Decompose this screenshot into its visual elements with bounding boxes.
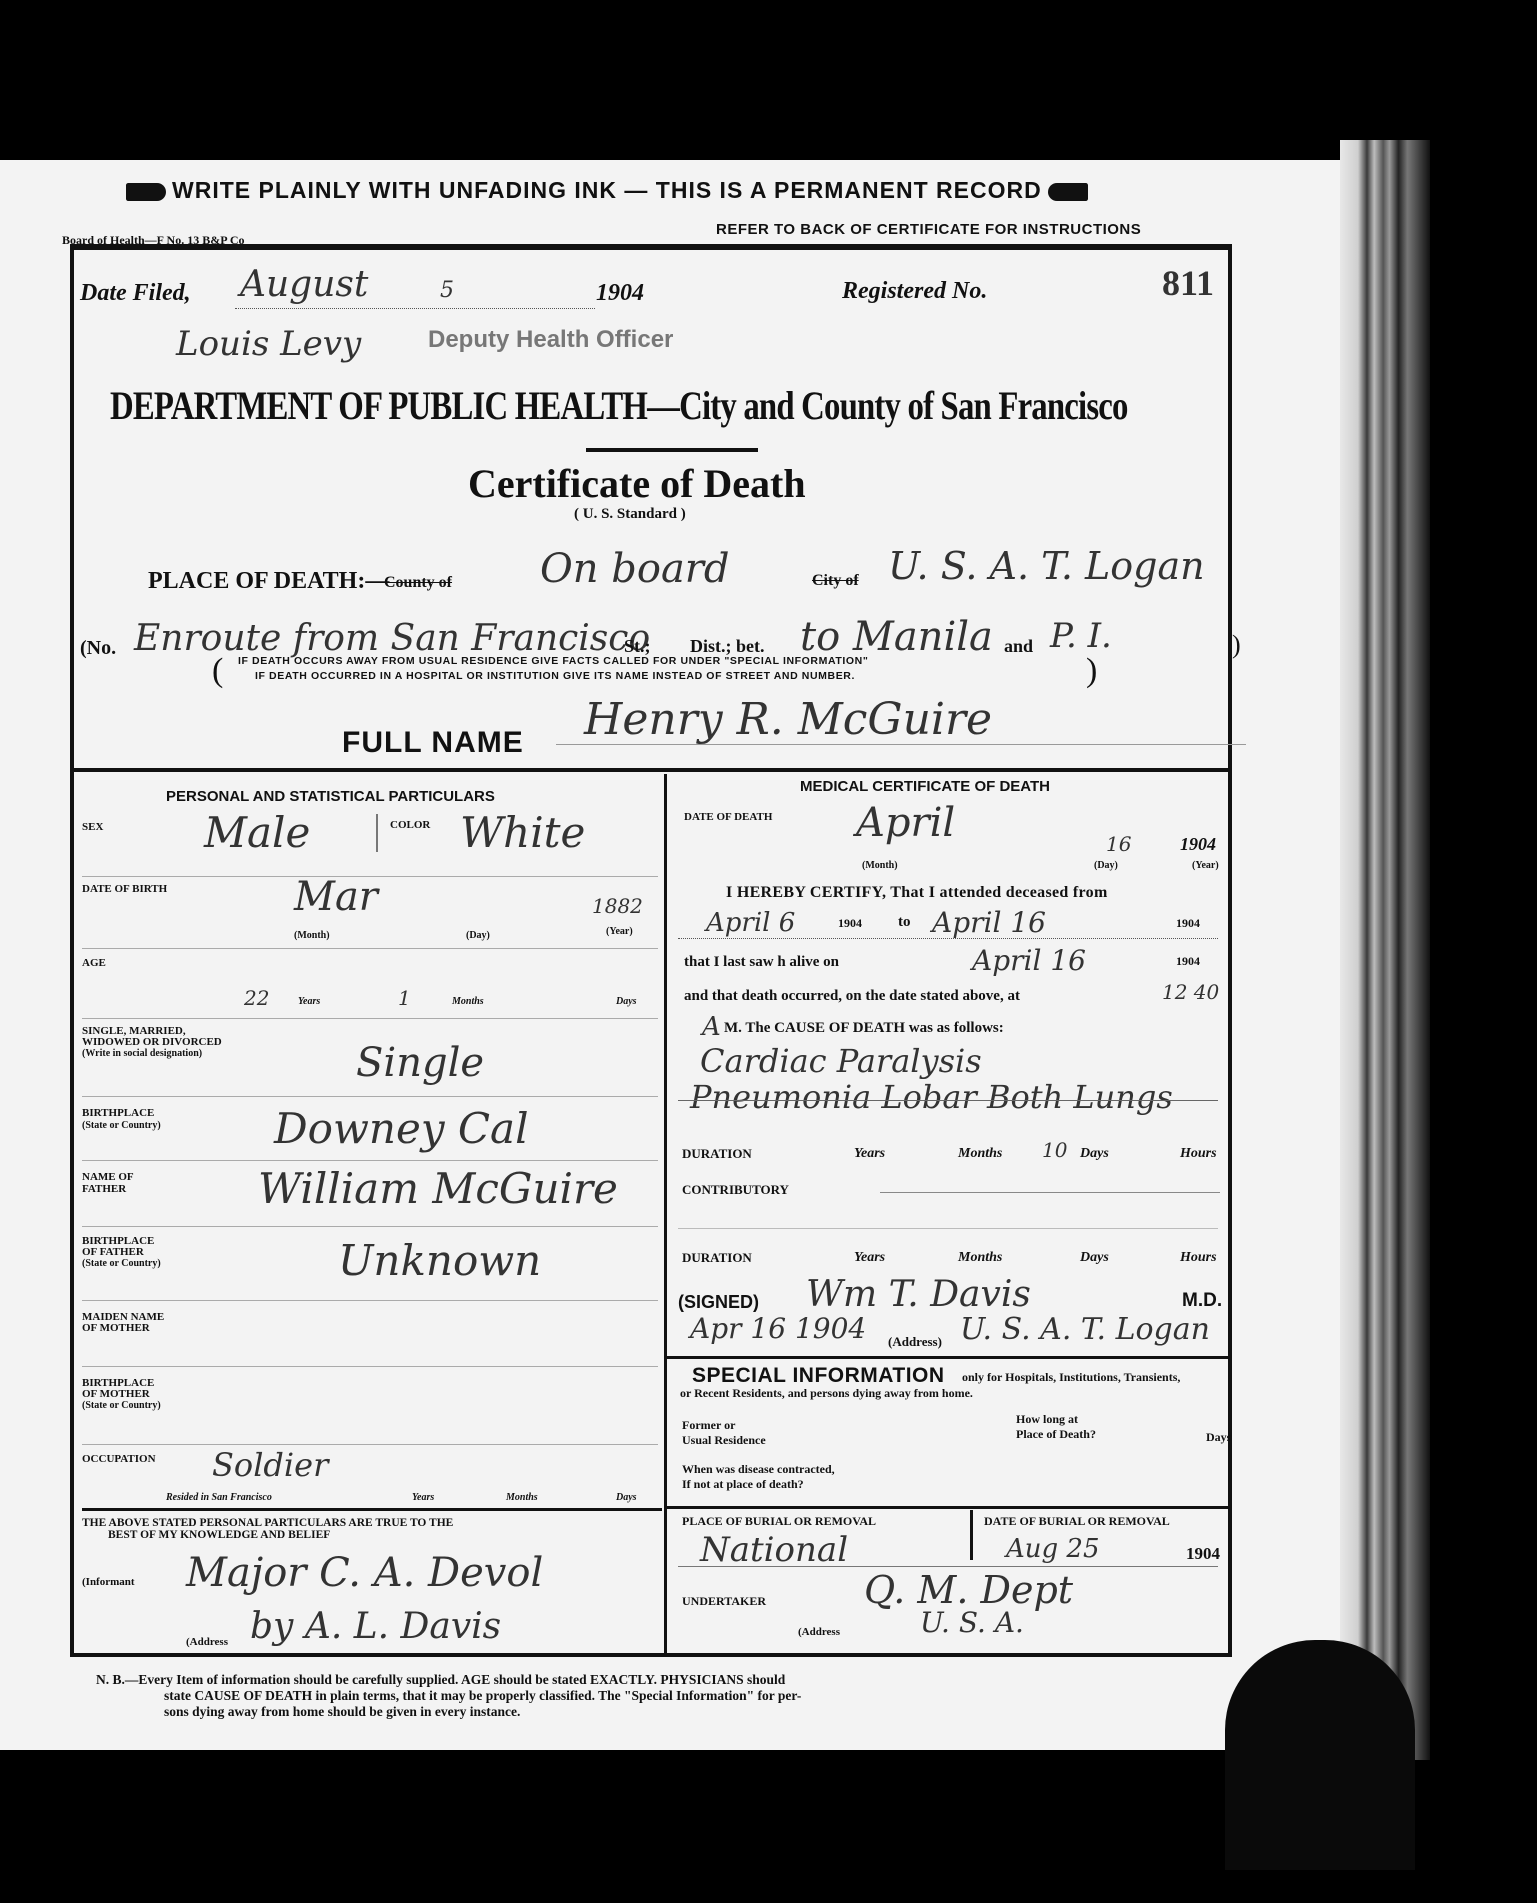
pointing-hand-icon	[1048, 183, 1088, 201]
dob-year-caption: (Year)	[606, 926, 633, 937]
md-label: M.D.	[1182, 1290, 1222, 1312]
special-note-1: only for Hospitals, Institutions, Transi…	[962, 1370, 1180, 1385]
certificate-title: Certificate of Death	[468, 460, 806, 507]
physician-address-value: U. S. A. T. Logan	[960, 1312, 1210, 1347]
burial-divider	[666, 1506, 1228, 1509]
row-line	[82, 1226, 658, 1227]
dod-day-caption: (Day)	[1094, 860, 1118, 871]
sex-value: Male	[204, 808, 310, 857]
to-label: to	[898, 914, 911, 931]
father-bp-value: Unknown	[338, 1236, 541, 1285]
am-value: A	[702, 1012, 721, 1042]
mother-label-2: OF MOTHER	[82, 1323, 150, 1334]
place-note-line-1: IF DEATH OCCURS AWAY FROM USUAL RESIDENC…	[238, 655, 868, 667]
book-binding	[1340, 140, 1430, 1760]
district-label: Dist.; bet.	[690, 636, 765, 657]
attest-line-1: THE ABOVE STATED PERSONAL PARTICULARS AR…	[82, 1518, 453, 1529]
pointing-hand-icon	[126, 183, 166, 201]
burial-date-label: DATE of BURIAL or REMOVAL	[984, 1516, 1170, 1527]
age-years: 22	[244, 986, 269, 1010]
banner-text: WRITE PLAINLY WITH UNFADING INK — THIS I…	[172, 177, 1042, 203]
dob-year: 1882	[592, 894, 643, 918]
duration-2-months-label: Months	[958, 1250, 1002, 1266]
county-label: County of	[384, 574, 452, 592]
attended-from: April 6	[706, 908, 795, 938]
attest-divider	[82, 1508, 662, 1511]
marital-label-2: WIDOWED OR DIVORCED	[82, 1037, 222, 1048]
dob-label: DATE OF BIRTH	[82, 884, 167, 895]
father-bp-label-2: OF FATHER	[82, 1247, 144, 1258]
title-rule	[586, 448, 758, 452]
how-long-label-2: Place of Death?	[1016, 1427, 1096, 1442]
full-name-label: FULL NAME	[342, 726, 524, 760]
undertaker-address-label: (Address	[798, 1626, 840, 1638]
contributory-line-2	[678, 1228, 1218, 1229]
county-value: On board	[540, 546, 730, 592]
officer-signature: Louis Levy	[176, 324, 361, 364]
certify-text: I HEREBY CERTIFY, That I attended deceas…	[726, 884, 1108, 902]
duration-2-years-label: Years	[854, 1250, 885, 1266]
signed-label: (SIGNED)	[678, 1292, 759, 1313]
birthplace-value: Downey Cal	[274, 1104, 529, 1153]
row-line	[82, 1096, 658, 1097]
mother-bp-label-3: (State or Country)	[82, 1400, 161, 1411]
date-filed-day: 5	[440, 278, 454, 303]
resided-months-caption: Months	[506, 1492, 538, 1503]
cause-secondary: Pneumonia Lobar Both Lungs	[690, 1078, 1173, 1116]
footer-note-1: N. B.—Every Item of information should b…	[96, 1672, 785, 1688]
age-label: AGE	[82, 958, 106, 969]
occupation-label: OCCUPATION	[82, 1454, 156, 1465]
duration-2-hours-label: Hours	[1180, 1250, 1217, 1266]
duration-label: DURATION	[682, 1148, 752, 1159]
burial-place-value: National	[700, 1530, 848, 1570]
date-filed-line	[235, 308, 595, 309]
duration-days-label: Days	[1080, 1146, 1109, 1162]
sex-label: SEX	[82, 822, 103, 833]
dod-year: 1904	[1180, 834, 1216, 855]
department-title: DEPARTMENT OF PUBLIC HEALTH—City and Cou…	[110, 382, 1128, 429]
duration-2-days-label: Days	[1080, 1250, 1109, 1266]
how-long-days-label: Days	[1206, 1430, 1231, 1445]
special-note-2: or Recent Residents, and persons dying a…	[680, 1386, 973, 1401]
birthplace-label-2: (State or Country)	[82, 1120, 161, 1131]
note-close-paren: )	[1086, 652, 1097, 690]
color-value: White	[460, 808, 585, 857]
duration-years-label: Years	[854, 1146, 885, 1162]
date-filed-month: August	[240, 264, 368, 305]
birthplace-label-1: BIRTHPLACE	[82, 1108, 154, 1119]
row-line	[82, 1160, 658, 1161]
how-long-label-1: How long at	[1016, 1412, 1078, 1427]
district-value: to Manila	[800, 614, 993, 660]
dob-month-caption: (Month)	[294, 930, 330, 941]
dob-day-caption: (Day)	[466, 930, 490, 941]
row-line	[82, 1018, 658, 1019]
last-saw-text: that I last saw h alive on	[684, 954, 839, 971]
officer-title: Deputy Health Officer	[428, 326, 673, 354]
column-divider	[664, 774, 667, 1654]
dod-day: 16	[1106, 832, 1131, 856]
informant-address-label: (Address	[186, 1636, 228, 1648]
burial-column-divider	[970, 1510, 973, 1560]
marital-value: Single	[356, 1040, 484, 1086]
contracted-label-1: When was disease contracted,	[682, 1462, 835, 1477]
place-note-line-2: IF DEATH OCCURRED IN A HOSPITAL OR INSTI…	[255, 670, 855, 682]
sex-color-divider	[376, 814, 378, 852]
mother-bp-label-2: OF MOTHER	[82, 1389, 150, 1400]
last-saw-value: April 16	[972, 944, 1086, 977]
burial-line	[678, 1566, 1218, 1567]
occurred-text: and that death occurred, on the date sta…	[684, 988, 1020, 1005]
note-open-paren: (	[212, 652, 223, 690]
personal-heading: PERSONAL AND STATISTICAL PARTICULARS	[166, 788, 495, 805]
section-divider	[72, 768, 1230, 772]
attended-to-year: 1904	[1176, 916, 1200, 931]
city-value: U. S. A. T. Logan	[888, 544, 1205, 588]
footer-note-3: sons dying away from home should be give…	[164, 1704, 520, 1720]
row-line	[82, 1300, 658, 1301]
attest-line-2: BEST OF MY KNOWLEDGE AND BELIEF	[108, 1530, 330, 1541]
father-label-2: FATHER	[82, 1184, 126, 1195]
age-years-caption: Years	[298, 996, 320, 1007]
age-days-caption: Days	[616, 996, 637, 1007]
undertaker-label: UNDERTAKER	[682, 1596, 766, 1607]
street-no-label: (No.	[80, 637, 116, 660]
instructions-note: REFER TO BACK OF CERTIFICATE FOR INSTRUC…	[716, 221, 1141, 238]
row-line	[82, 948, 658, 949]
informant-value: Major C. A. Devol	[186, 1550, 543, 1596]
contributory-label: CONTRIBUTORY	[682, 1184, 789, 1195]
cause-text: M. The CAUSE OF DEATH was as follows:	[724, 1020, 1004, 1037]
footer-note-2: state CAUSE OF DEATH in plain terms, tha…	[164, 1688, 801, 1704]
registered-no-label: Registered No.	[842, 278, 987, 305]
father-bp-label-3: (State or Country)	[82, 1258, 161, 1269]
close-paren: )	[1232, 630, 1241, 660]
special-heading: SPECIAL INFORMATION	[692, 1364, 945, 1388]
cause-primary: Cardiac Paralysis	[700, 1042, 982, 1080]
attended-from-year: 1904	[838, 916, 862, 931]
duration-days-value: 10	[1042, 1138, 1067, 1162]
informant-address-value: by A. L. Davis	[250, 1606, 501, 1647]
attended-line	[678, 938, 1218, 939]
full-name-line	[556, 744, 1246, 745]
date-filed-year: 1904	[596, 280, 644, 307]
resided-years-caption: Years	[412, 1492, 434, 1503]
former-residence-label-2: Usual Residence	[682, 1433, 766, 1448]
signed-date: Apr 16 1904	[690, 1312, 866, 1345]
color-label: COLOR	[390, 820, 430, 831]
cause-line	[678, 1100, 1218, 1101]
standard-subtitle: ( U. S. Standard )	[574, 506, 686, 523]
informant-label: (Informant	[82, 1576, 135, 1588]
special-divider	[666, 1356, 1228, 1359]
dod-month-caption: (Month)	[862, 860, 898, 871]
date-filed-label: Date Filed,	[80, 280, 191, 307]
burial-place-label: PLACE OF BURIAL OR REMOVAL	[682, 1516, 876, 1527]
contracted-label-2: If not at place of death?	[682, 1477, 804, 1492]
burial-date-value: Aug 25	[1006, 1534, 1100, 1564]
occupation-value: Soldier	[212, 1446, 328, 1484]
street-label: St.;	[624, 636, 651, 657]
undertaker-address-value: U. S. A.	[920, 1606, 1024, 1639]
duration-2-label: DURATION	[682, 1252, 752, 1263]
city-label: City of	[812, 572, 859, 590]
duration-months-label: Months	[958, 1146, 1002, 1162]
dod-month: April	[856, 800, 955, 846]
physician-signature: Wm T. Davis	[806, 1274, 1031, 1315]
attended-to: April 16	[932, 906, 1046, 939]
resided-days-caption: Days	[616, 1492, 637, 1503]
former-residence-label-1: Former or	[682, 1418, 735, 1433]
row-line	[82, 1366, 658, 1367]
age-months: 1	[398, 986, 411, 1010]
registered-no-value: 811	[1162, 262, 1214, 304]
full-name-value: Henry R. McGuire	[584, 694, 992, 745]
place-of-death-label: PLACE OF DEATH:—	[148, 568, 389, 595]
age-months-caption: Months	[452, 996, 484, 1007]
permanent-record-banner: WRITE PLAINLY WITH UNFADING INK — THIS I…	[120, 177, 1210, 204]
marital-label-3: (Write in social designation)	[82, 1048, 202, 1059]
and-value: P. I.	[1050, 616, 1112, 656]
thumb-shadow	[1225, 1640, 1415, 1870]
row-line	[82, 1444, 658, 1445]
last-saw-year: 1904	[1176, 954, 1200, 969]
father-label-1: NAME OF	[82, 1172, 134, 1183]
father-value: William McGuire	[258, 1164, 618, 1213]
dod-label: DATE OF DEATH	[684, 812, 772, 823]
dob-month: Mar	[294, 874, 378, 920]
dod-year-caption: (Year)	[1192, 860, 1219, 871]
death-time: 12 40	[1162, 980, 1219, 1004]
medical-heading: MEDICAL CERTIFICATE OF DEATH	[800, 778, 1050, 795]
and-label: and	[1004, 636, 1033, 657]
duration-hours-label: Hours	[1180, 1146, 1217, 1162]
resided-caption: Resided in San Francisco	[166, 1492, 272, 1503]
physician-address-label: (Address)	[888, 1334, 942, 1350]
burial-year: 1904	[1186, 1544, 1220, 1564]
contributory-line	[880, 1192, 1220, 1193]
